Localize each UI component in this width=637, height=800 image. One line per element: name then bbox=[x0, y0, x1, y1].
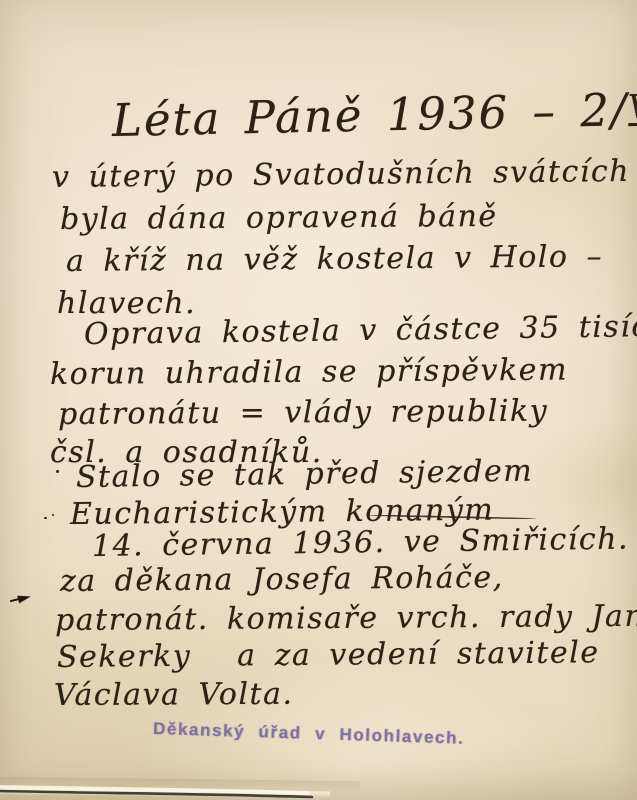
handwritten-word-sekerky: Sekerky bbox=[57, 639, 192, 675]
office-stamp-text: Děkanský úřad v Holohlavech. bbox=[153, 719, 465, 749]
handwritten-line: korun uhradila se příspěvkem bbox=[50, 355, 568, 390]
handwritten-line: 14. června 1936. ve Smiřicích. bbox=[92, 525, 629, 562]
ink-dot bbox=[44, 517, 47, 519]
scanned-document-page: Léta Páně 1936 – 2/VI. v úterý po Svatod… bbox=[0, 0, 637, 800]
handwritten-line: Václava Volta. bbox=[54, 680, 294, 711]
handwritten-phrase: a za vedení stavitele bbox=[237, 635, 600, 673]
handwritten-line: Sekerkya za vedení stavitele bbox=[57, 638, 600, 673]
handwritten-line: patronát. komisaře vrch. rady Jana bbox=[55, 602, 637, 636]
heading-date-text: Léta Páně 1936 – 2/ bbox=[111, 83, 628, 147]
handwritten-line: a kříž na věž kostela v Holo – bbox=[66, 242, 603, 277]
handwritten-line: Stalo se tak před sjezdem bbox=[76, 457, 534, 493]
ink-dot bbox=[56, 470, 59, 473]
handwritten-line: v úterý po Svatodušních svátcích bbox=[52, 157, 630, 193]
ink-dot bbox=[52, 514, 54, 516]
handwritten-line: Oprava kostela v částce 35 tisíc bbox=[84, 312, 637, 350]
handwritten-line: byla dána opravená báně bbox=[60, 202, 498, 235]
paper-edge-line bbox=[0, 776, 637, 800]
heading-month-numeral: VI bbox=[628, 86, 637, 126]
heading-line: Léta Páně 1936 – 2/VI. bbox=[112, 86, 637, 143]
handwritten-line: hlavech. bbox=[57, 289, 196, 319]
handwritten-line: patronátu = vlády republiky bbox=[58, 397, 548, 430]
handwritten-line: za děkana Josefa Roháče, bbox=[60, 563, 504, 597]
